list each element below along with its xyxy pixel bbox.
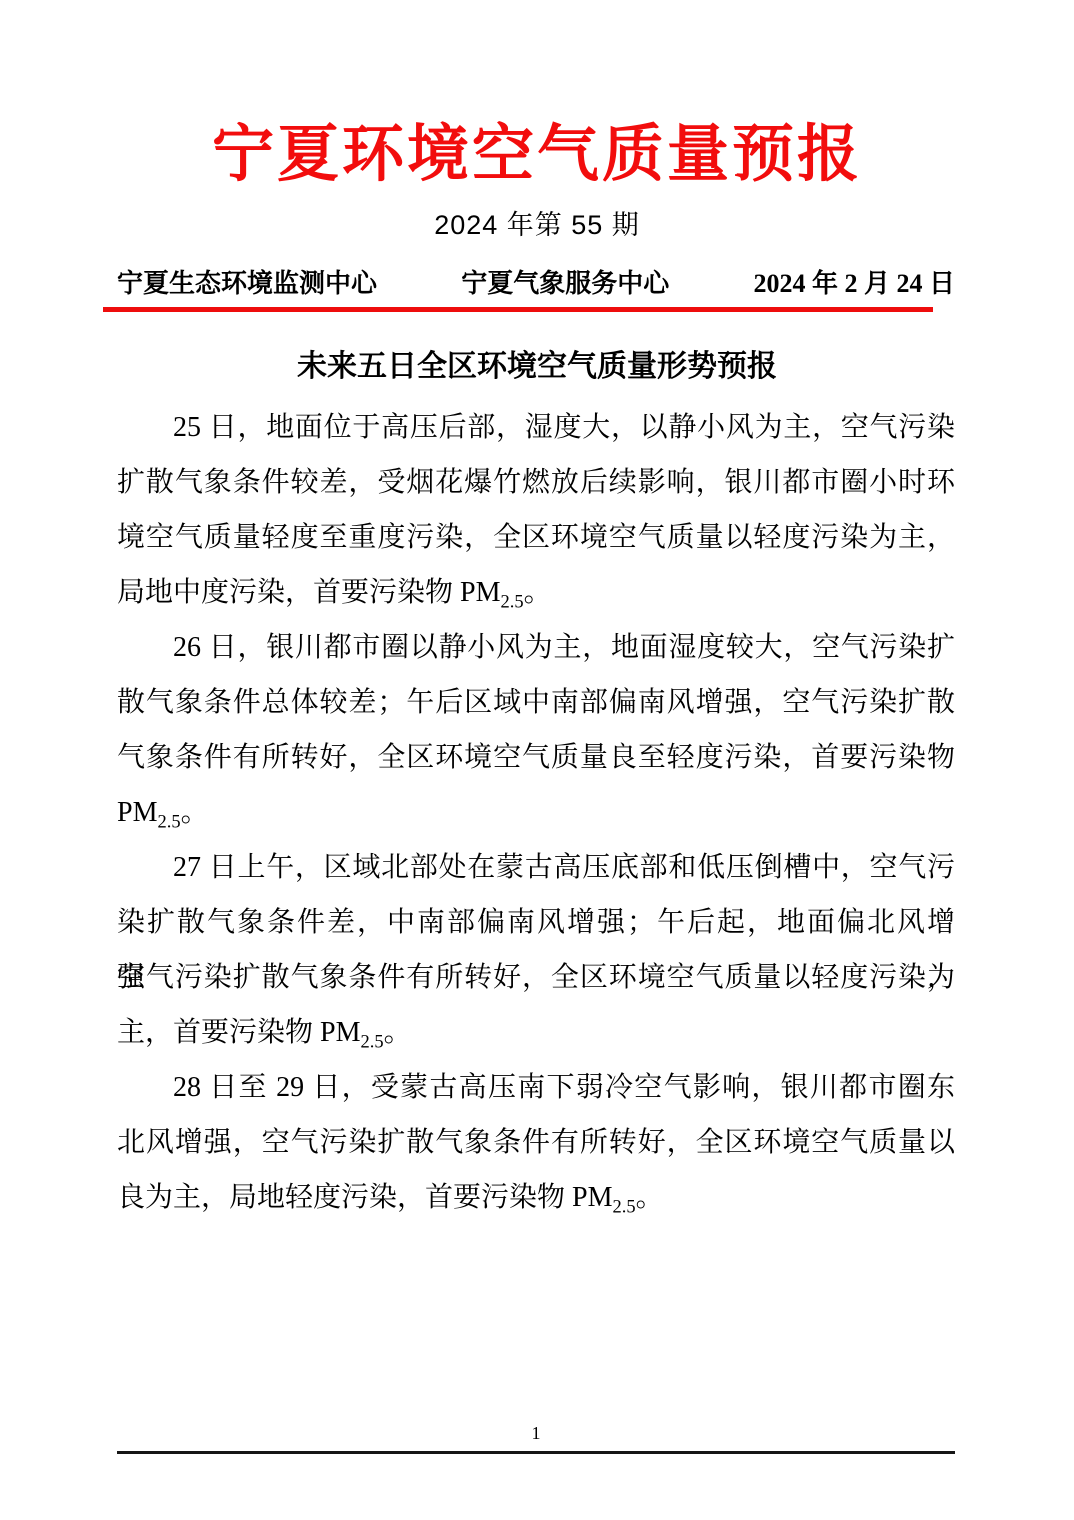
body-line: 气象条件有所转好，全区环境空气质量良至轻度污染，首要污染物: [117, 730, 955, 785]
masthead-left-org: 宁夏生态环境监测中心: [117, 268, 377, 301]
body-line: 空气污染扩散气象条件有所转好，全区环境空气质量以轻度污染为: [117, 950, 955, 1005]
body-line: 局地中度污染，首要污染物 PM2.5。: [117, 565, 955, 620]
masthead-center-org: 宁夏气象服务中心: [461, 268, 669, 301]
footer-rule: [117, 1451, 955, 1454]
issue-number: 2024 年第 55 期: [0, 209, 1074, 241]
body-line: 境空气质量轻度至重度污染，全区环境空气质量以轻度污染为主，: [117, 510, 955, 565]
masthead-date: 2024 年 2 月 24 日: [753, 268, 955, 301]
paragraph-day-28-29: 28 日至 29 日，受蒙古高压南下弱冷空气影响，银川都市圈东 北风增强，空气污…: [117, 1060, 955, 1225]
document-body: 25 日，地面位于高压后部，湿度大，以静小风为主，空气污染 扩散气象条件较差，受…: [117, 400, 955, 1225]
paragraph-day-27: 27 日上午，区域北部处在蒙古高压底部和低压倒槽中，空气污 染扩散气象条件差，中…: [117, 840, 955, 1060]
body-line: 27 日上午，区域北部处在蒙古高压底部和低压倒槽中，空气污: [117, 840, 955, 895]
body-line: 25 日，地面位于高压后部，湿度大，以静小风为主，空气污染: [117, 400, 955, 455]
body-line: 染扩散气象条件差，中南部偏南风增强；午后起，地面偏北风增强，: [117, 895, 955, 950]
paragraph-day-25: 25 日，地面位于高压后部，湿度大，以静小风为主，空气污染 扩散气象条件较差，受…: [117, 400, 955, 620]
paragraph-day-26: 26 日，银川都市圈以静小风为主，地面湿度较大，空气污染扩 散气象条件总体较差；…: [117, 620, 955, 840]
page-number: 1: [117, 1423, 955, 1445]
body-line: 主，首要污染物 PM2.5。: [117, 1005, 955, 1060]
body-line: PM2.5。: [117, 785, 955, 840]
document-title: 宁夏环境空气质量预报: [0, 0, 1074, 195]
section-title: 未来五日全区环境空气质量形势预报: [0, 348, 1074, 386]
body-line: 扩散气象条件较差，受烟花爆竹燃放后续影响，银川都市圈小时环: [117, 455, 955, 510]
red-divider-rule: [103, 307, 933, 312]
body-line: 散气象条件总体较差；午后区域中南部偏南风增强，空气污染扩散: [117, 675, 955, 730]
body-line: 26 日，银川都市圈以静小风为主，地面湿度较大，空气污染扩: [117, 620, 955, 675]
body-line: 北风增强，空气污染扩散气象条件有所转好，全区环境空气质量以: [117, 1115, 955, 1170]
body-line: 良为主，局地轻度污染，首要污染物 PM2.5。: [117, 1170, 955, 1225]
body-line: 28 日至 29 日，受蒙古高压南下弱冷空气影响，银川都市圈东: [117, 1060, 955, 1115]
document-page: 宁夏环境空气质量预报 2024 年第 55 期 宁夏生态环境监测中心 宁夏气象服…: [0, 0, 1074, 1520]
masthead: 宁夏生态环境监测中心 宁夏气象服务中心 2024 年 2 月 24 日: [117, 268, 955, 301]
